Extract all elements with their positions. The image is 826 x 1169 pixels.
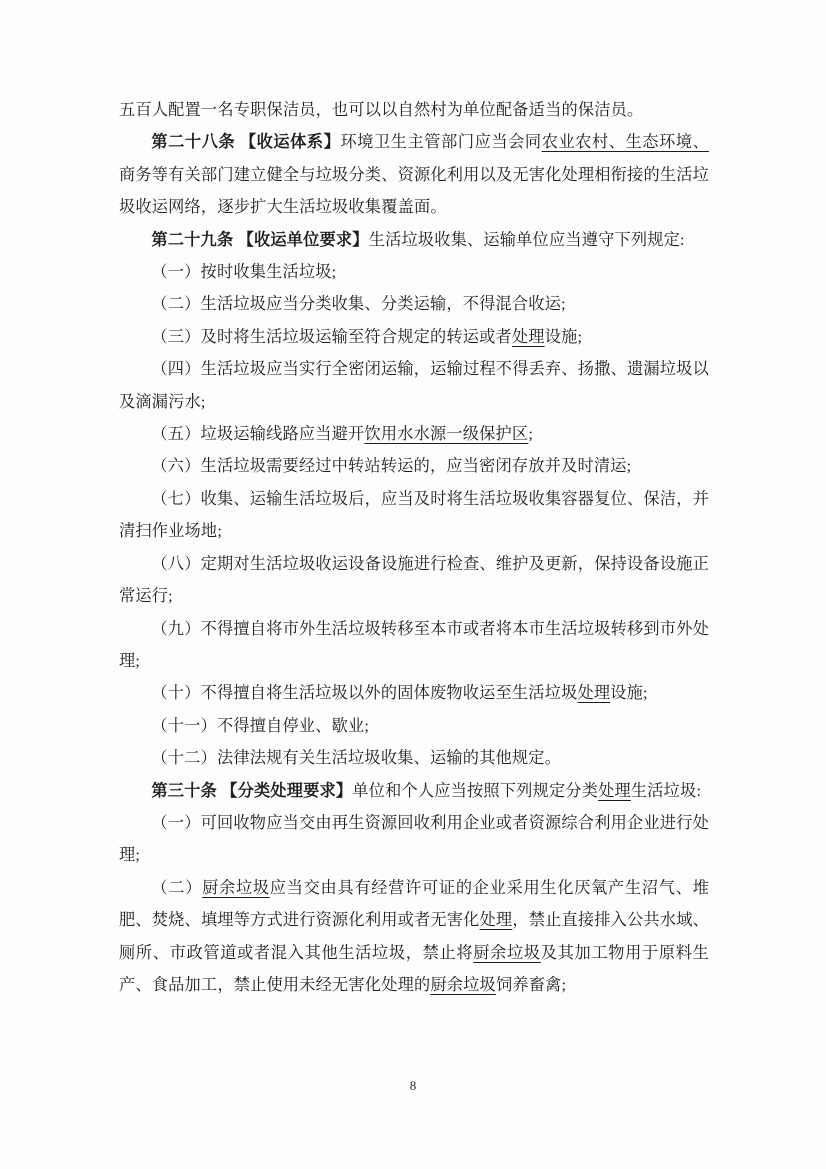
paragraph: （三）及时将生活垃圾运输至符合规定的转运或者处理设施; (119, 321, 709, 353)
paragraph: （十）不得擅自将生活垃圾以外的固体废物收运至生活垃圾处理设施; (119, 677, 709, 709)
underlined-text: 处理 (577, 684, 610, 702)
paragraph: （七）收集、运输生活垃圾后，应当及时将生活垃圾收集容器复位、保洁，并清扫作业场地… (119, 483, 709, 548)
page-number: 8 (0, 1078, 826, 1094)
paragraph: （九）不得擅自将市外生活垃圾转移至本市或者将本市生活垃圾转移到市外处理; (119, 613, 709, 678)
text-run: 单位和个人应当按照下列规定分类 (352, 782, 598, 800)
paragraph: 第二十九条 【收运单位要求】生活垃圾收集、运输单位应当遵守下列规定: (119, 224, 709, 256)
paragraph: （八）定期对生活垃圾收运设备设施进行检查、维护及更新，保持设备设施正常运行; (119, 548, 709, 613)
text-run: （十一）不得擅自停业、歇业; (151, 717, 369, 735)
document-body: 五百人配置一名专职保洁员，也可以以自然村为单位配备适当的保洁员。第二十八条 【收… (119, 94, 709, 1001)
paragraph: （二）生活垃圾应当分类收集、分类运输，不得混合收运; (119, 288, 709, 320)
paragraph: （二）厨余垃圾应当交由具有经营许可证的企业采用生化厌氧产生沼气、堆肥、焚烧、填埋… (119, 872, 709, 1002)
article-heading: 第二十九条 【收运单位要求】 (151, 231, 368, 249)
underlined-text: 厨余垃圾 (473, 944, 540, 962)
text-run: （十二）法律法规有关生活垃圾收集、运输的其他规定。 (151, 749, 561, 767)
text-run: 五百人配置一名专职保洁员，也可以以自然村为单位配备适当的保洁员。 (119, 101, 643, 119)
text-run: ; (528, 425, 533, 443)
text-run: （一）可回收物应当交由再生资源回收利用企业或者资源综合利用企业进行处理; (119, 814, 709, 864)
underlined-text: 厨余垃圾 (202, 879, 270, 897)
text-run: （二）生活垃圾应当分类收集、分类运输，不得混合收运; (151, 295, 565, 313)
text-run: 设施; (610, 684, 647, 702)
underlined-text: 饮用水水源一级保护区 (364, 425, 528, 443)
paragraph: （十二）法律法规有关生活垃圾收集、运输的其他规定。 (119, 742, 709, 774)
text-run: 商务等有关部门建立健全与垃圾分类、资源化利用以及无害化处理相衔接的生活垃圾收运网… (119, 166, 709, 216)
text-run: （八）定期对生活垃圾收运设备设施进行检查、维护及更新，保持设备设施正常运行; (119, 555, 709, 605)
text-run: 设施; (545, 328, 582, 346)
paragraph: （四）生活垃圾应当实行全密闭运输，运输过程不得丢弃、扬撒、遗漏垃圾以及滴漏污水; (119, 353, 709, 418)
paragraph: （一）可回收物应当交由再生资源回收利用企业或者资源综合利用企业进行处理; (119, 807, 709, 872)
text-run: （六）生活垃圾需要经过中转站转运的，应当密闭存放并及时清运; (151, 457, 631, 475)
paragraph: （六）生活垃圾需要经过中转站转运的，应当密闭存放并及时清运; (119, 450, 709, 482)
paragraph: 第二十八条 【收运体系】环境卫生主管部门应当会同农业农村、生态环境、商务等有关部… (119, 126, 709, 223)
underlined-text: 处理 (512, 328, 545, 346)
document-page: 五百人配置一名专职保洁员，也可以以自然村为单位配备适当的保洁员。第二十八条 【收… (0, 0, 826, 1169)
underlined-text: 处理 (480, 911, 513, 929)
text-run: （十）不得擅自将生活垃圾以外的固体废物收运至生活垃圾 (151, 684, 577, 702)
article-heading: 第三十条 【分类处理要求】 (151, 782, 352, 800)
article-heading: 第二十八条 【收运体系】 (151, 133, 340, 151)
text-run: （二） (151, 879, 202, 897)
paragraph: （一）按时收集生活垃圾; (119, 256, 709, 288)
text-run: （五）垃圾运输线路应当避开 (151, 425, 364, 443)
text-run: 生活垃圾收集、运输单位应当遵守下列规定: (369, 231, 685, 249)
paragraph: 第三十条 【分类处理要求】单位和个人应当按照下列规定分类处理生活垃圾: (119, 775, 709, 807)
paragraph: 五百人配置一名专职保洁员，也可以以自然村为单位配备适当的保洁员。 (119, 94, 709, 126)
text-run: （四）生活垃圾应当实行全密闭运输，运输过程不得丢弃、扬撒、遗漏垃圾以及滴漏污水; (119, 360, 709, 410)
text-run: （三）及时将生活垃圾运输至符合规定的转运或者 (151, 328, 512, 346)
underlined-text: 处理 (598, 782, 631, 800)
underlined-text: 农业农村、生态环境、 (542, 133, 709, 151)
text-run: （一）按时收集生活垃圾; (151, 263, 336, 281)
paragraph: （十一）不得擅自停业、歇业; (119, 710, 709, 742)
text-run: 生活垃圾: (631, 782, 701, 800)
text-run: （七）收集、运输生活垃圾后，应当及时将生活垃圾收集容器复位、保洁，并清扫作业场地… (119, 490, 709, 540)
paragraph: （五）垃圾运输线路应当避开饮用水水源一级保护区; (119, 418, 709, 450)
text-run: （九）不得擅自将市外生活垃圾转移至本市或者将本市生活垃圾转移到市外处理; (119, 620, 709, 670)
underlined-text: 厨余垃圾 (430, 976, 496, 994)
text-run: 饲养畜禽; (496, 976, 566, 994)
text-run: 环境卫生主管部门应当会同 (340, 133, 541, 151)
